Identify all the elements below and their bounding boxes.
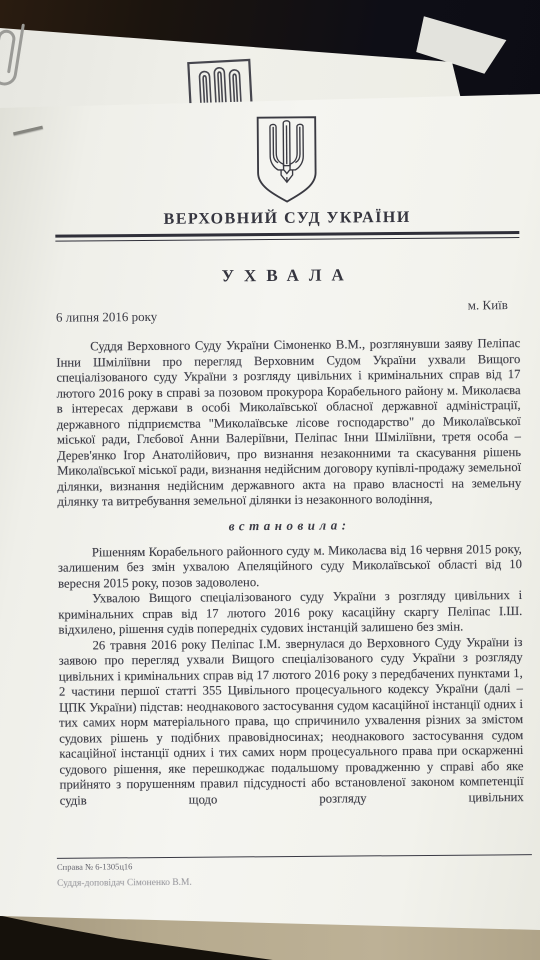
header-rule xyxy=(55,231,519,242)
ruling-paragraph: Ухвалою Вищого спеціалізованого суду Укр… xyxy=(58,588,522,638)
ruling-paragraph: 26 травня 2016 року Пеліпас І.М. звернул… xyxy=(58,635,523,809)
document-page: ВЕРХОВНИЙ СУД УКРАЇНИ УХВАЛА 6 липня 201… xyxy=(0,88,540,936)
ruling-paragraph: Рішенням Корабельного районного суду м. … xyxy=(58,542,522,592)
document-title: УХВАЛА xyxy=(56,264,520,288)
court-name: ВЕРХОВНИЙ СУД УКРАЇНИ xyxy=(55,208,519,230)
trident-emblem-icon xyxy=(250,114,323,207)
document-date: 6 липня 2016 року xyxy=(56,309,157,326)
established-word: встановила: xyxy=(58,516,522,536)
dateline: 6 липня 2016 року м. Київ xyxy=(56,306,520,326)
judge-rapporteur: Суддя-доповідач Сімоненко В.М. xyxy=(57,875,532,889)
document-place: м. Київ xyxy=(468,297,520,313)
case-number: Справа № 6-1305ц16 xyxy=(57,858,532,872)
page-footer: Справа № 6-1305ц16 Суддя-доповідач Сімон… xyxy=(57,854,532,889)
intro-paragraph: Суддя Верховного Суду України Сімоненко … xyxy=(56,336,521,510)
photo-of-document: ВЕРХОВНИЙ СУД УКРАЇНИ УХВАЛА 6 липня 201… xyxy=(0,0,540,960)
